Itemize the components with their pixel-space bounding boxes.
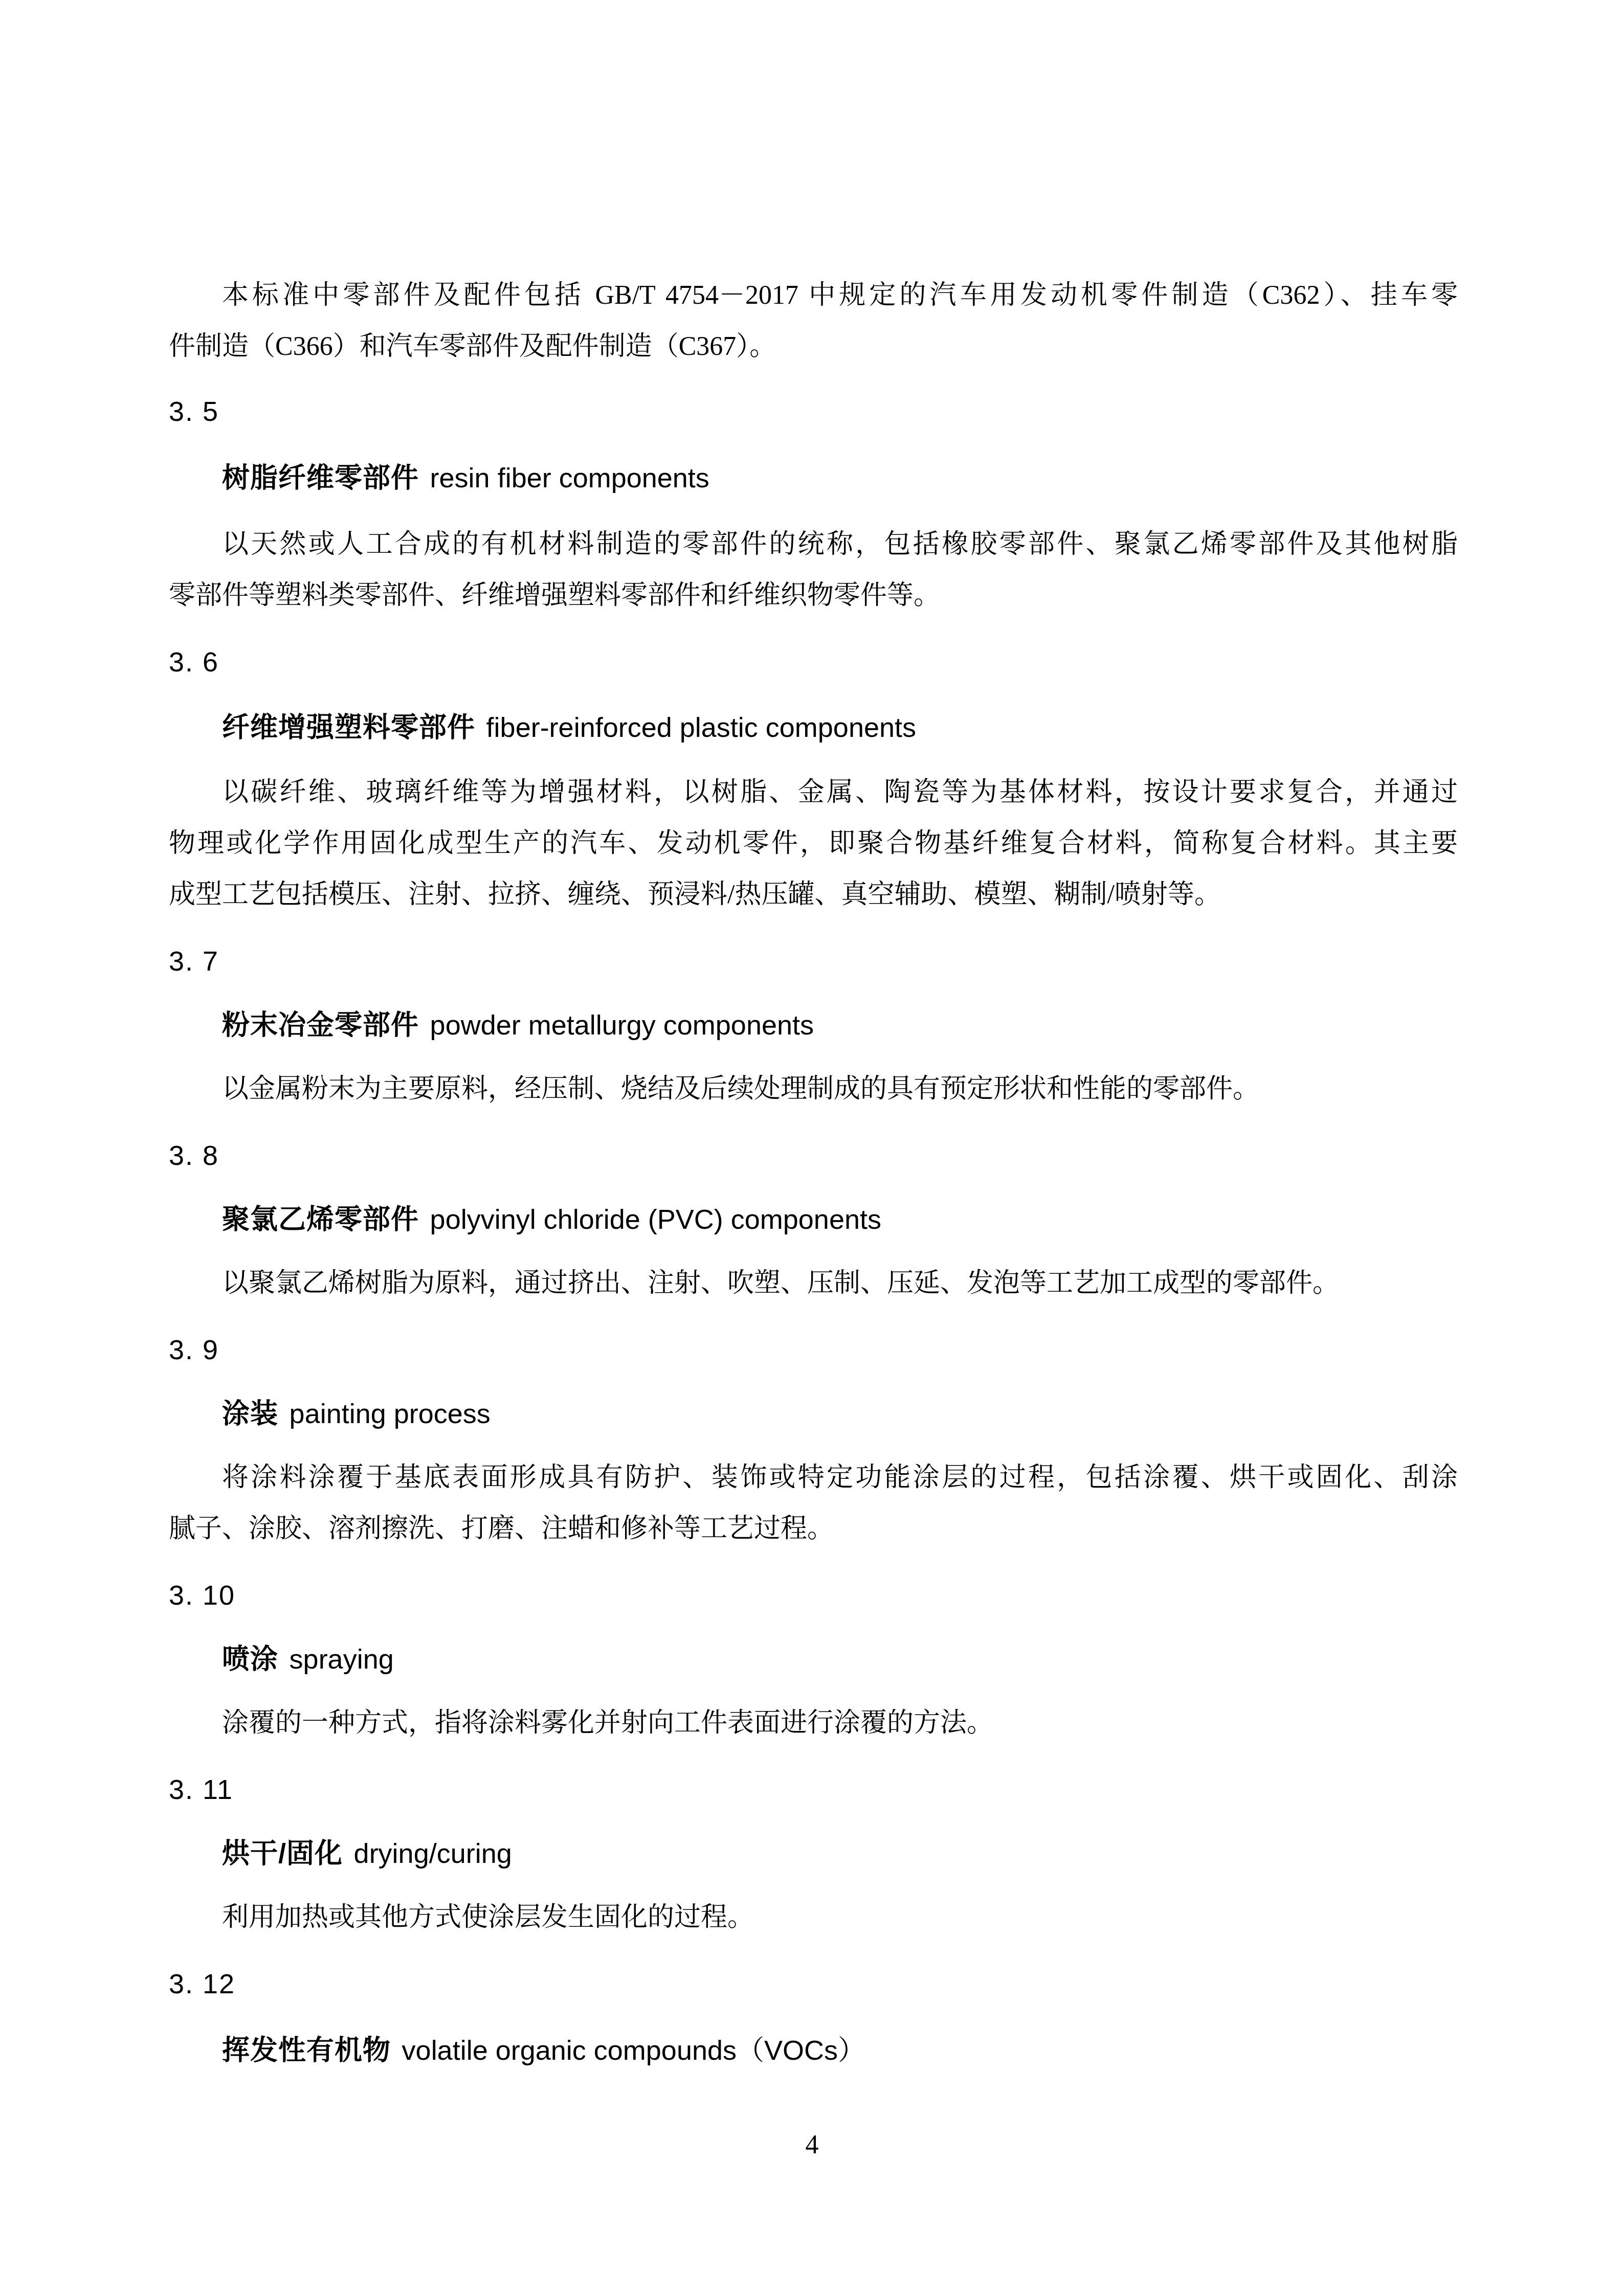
intro-paragraph-line: 件制造（C366）和汽车零部件及配件制造（C367）。 [169,321,1458,372]
section-number: 3. 10 [169,1570,1458,1621]
definition-line: 将涂料涂覆于基底表面形成具有防护、装饰或特定功能涂层的过程，包括涂覆、烘干或固化… [169,1452,1458,1503]
section-number: 3. 9 [169,1324,1458,1376]
term-heading: 粉末冶金零部件powder metallurgy components [169,1000,1458,1051]
section-number: 3. 11 [169,1764,1458,1815]
term-en: polyvinyl chloride (PVC) components [430,1204,881,1235]
term-cn: 烘干/固化 [222,1838,343,1869]
definition-line: 零部件等塑料类零部件、纤维增强塑料零部件和纤维织物零件等。 [169,570,1458,621]
term-en: drying/curing [354,1838,512,1869]
term-en: volatile organic compounds（VOCs） [402,2035,865,2066]
term-heading: 烘干/固化drying/curing [169,1828,1458,1879]
term-en: painting process [290,1399,491,1429]
term-cn: 树脂纤维零部件 [222,463,419,493]
term-heading: 聚氯乙烯零部件polyvinyl chloride (PVC) componen… [169,1194,1458,1245]
term-cn: 涂装 [222,1399,278,1429]
term-heading: 纤维增强塑料零部件fiber-reinforced plastic compon… [169,702,1458,753]
section-number: 3. 7 [169,936,1458,987]
term-heading: 涂装painting process [169,1388,1458,1439]
term-cn: 挥发性有机物 [222,2035,391,2066]
definition-line: 以聚氯乙烯树脂为原料，通过挤出、注射、吹塑、压制、压延、发泡等工艺加工成型的零部… [169,1258,1458,1309]
section-number: 3. 6 [169,637,1458,688]
document-page: 本标准中零部件及配件包括 GB/T 4754－2017 中规定的汽车用发动机零件… [0,0,1624,2296]
term-heading: 挥发性有机物volatile organic compounds（VOCs） [169,2025,1458,2076]
term-cn: 喷涂 [222,1644,278,1675]
definition-line: 以天然或人工合成的有机材料制造的零部件的统称，包括橡胶零部件、聚氯乙烯零部件及其… [169,519,1458,570]
definition-line: 以碳纤维、玻璃纤维等为增强材料，以树脂、金属、陶瓷等为基体材料，按设计要求复合，… [169,767,1458,818]
definition-line: 涂覆的一种方式，指将涂料雾化并射向工件表面进行涂覆的方法。 [169,1698,1458,1749]
term-en: fiber-reinforced plastic components [486,712,916,743]
term-heading: 喷涂spraying [169,1634,1458,1685]
page-number: 4 [0,2127,1624,2163]
section-number: 3. 12 [169,1959,1458,2010]
term-cn: 聚氯乙烯零部件 [222,1204,419,1235]
section-number: 3. 8 [169,1130,1458,1181]
term-en: spraying [290,1644,394,1675]
term-heading: 树脂纤维零部件resin fiber components [169,453,1458,504]
intro-paragraph-line: 本标准中零部件及配件包括 GB/T 4754－2017 中规定的汽车用发动机零件… [169,270,1458,321]
term-cn: 纤维增强塑料零部件 [222,712,475,743]
definition-line: 腻子、涂胶、溶剂擦洗、打磨、注蜡和修补等工艺过程。 [169,1503,1458,1555]
term-en: resin fiber components [430,463,709,493]
definition-line: 物理或化学作用固化成型生产的汽车、发动机零件，即聚合物基纤维复合材料，简称复合材… [169,818,1458,869]
section-number: 3. 5 [169,386,1458,437]
definition-line: 以金属粉末为主要原料，经压制、烧结及后续处理制成的具有预定形状和性能的零部件。 [169,1064,1458,1115]
term-cn: 粉末冶金零部件 [222,1010,419,1041]
term-en: powder metallurgy components [430,1010,814,1041]
definition-line: 成型工艺包括模压、注射、拉挤、缠绕、预浸料/热压罐、真空辅助、模塑、糊制/喷射等… [169,869,1458,920]
definition-line: 利用加热或其他方式使涂层发生固化的过程。 [169,1892,1458,1943]
